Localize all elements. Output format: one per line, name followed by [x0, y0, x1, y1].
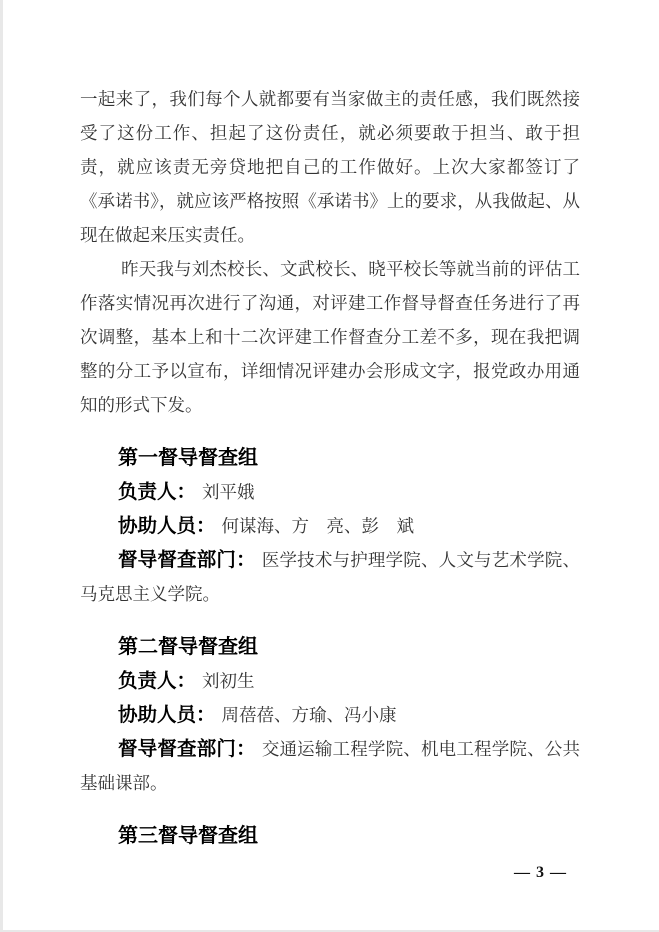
field-label: 协助人员： — [118, 515, 216, 537]
leader-field: 负责人：刘初生 — [80, 664, 580, 698]
field-label: 督导督查部门： — [118, 549, 256, 571]
field-value: 刘平娥 — [202, 482, 255, 502]
leader-field: 负责人：刘平娥 — [80, 475, 580, 509]
field-label: 协助人员： — [118, 704, 216, 726]
supervision-group-2: 第二督导督查组 负责人：刘初生 协助人员：周蓓蓓、方瑜、冯小康 督导督查部门：交… — [80, 630, 580, 800]
field-value: 刘初生 — [202, 671, 255, 691]
document-page: 一起来了，我们每个人就都要有当家做主的责任感，我们既然接受了这份工作、担起了这份… — [0, 0, 659, 932]
field-label: 负责人： — [118, 481, 196, 503]
field-label: 负责人： — [118, 670, 196, 692]
group-title: 第一督导督查组 — [80, 441, 580, 475]
departments-field: 督导督查部门：医学技术与护理学院、人文与艺术学院、马克思主义学院。 — [80, 543, 580, 611]
field-value: 何谋海、方 亮、彭 斌 — [222, 516, 415, 536]
page-number: — 3 — — [514, 864, 567, 882]
field-label: 督导督查部门： — [118, 738, 256, 760]
body-paragraph: 昨天我与刘杰校长、文武校长、晓平校长等就当前的评估工作落实情况再次进行了沟通，对… — [80, 252, 580, 422]
field-value: 周蓓蓓、方瑜、冯小康 — [222, 705, 397, 725]
assistants-field: 协助人员：何谋海、方 亮、彭 斌 — [80, 509, 580, 543]
group-title: 第二督导督查组 — [80, 630, 580, 664]
body-paragraph: 一起来了，我们每个人就都要有当家做主的责任感，我们既然接受了这份工作、担起了这份… — [80, 82, 580, 252]
assistants-field: 协助人员：周蓓蓓、方瑜、冯小康 — [80, 698, 580, 732]
group-title: 第三督导督查组 — [80, 819, 580, 853]
document-body: 一起来了，我们每个人就都要有当家做主的责任感，我们既然接受了这份工作、担起了这份… — [80, 82, 580, 853]
departments-field: 督导督查部门：交通运输工程学院、机电工程学院、公共基础课部。 — [80, 732, 580, 800]
supervision-group-1: 第一督导督查组 负责人：刘平娥 协助人员：何谋海、方 亮、彭 斌 督导督查部门：… — [80, 441, 580, 611]
supervision-group-3: 第三督导督查组 — [80, 819, 580, 853]
